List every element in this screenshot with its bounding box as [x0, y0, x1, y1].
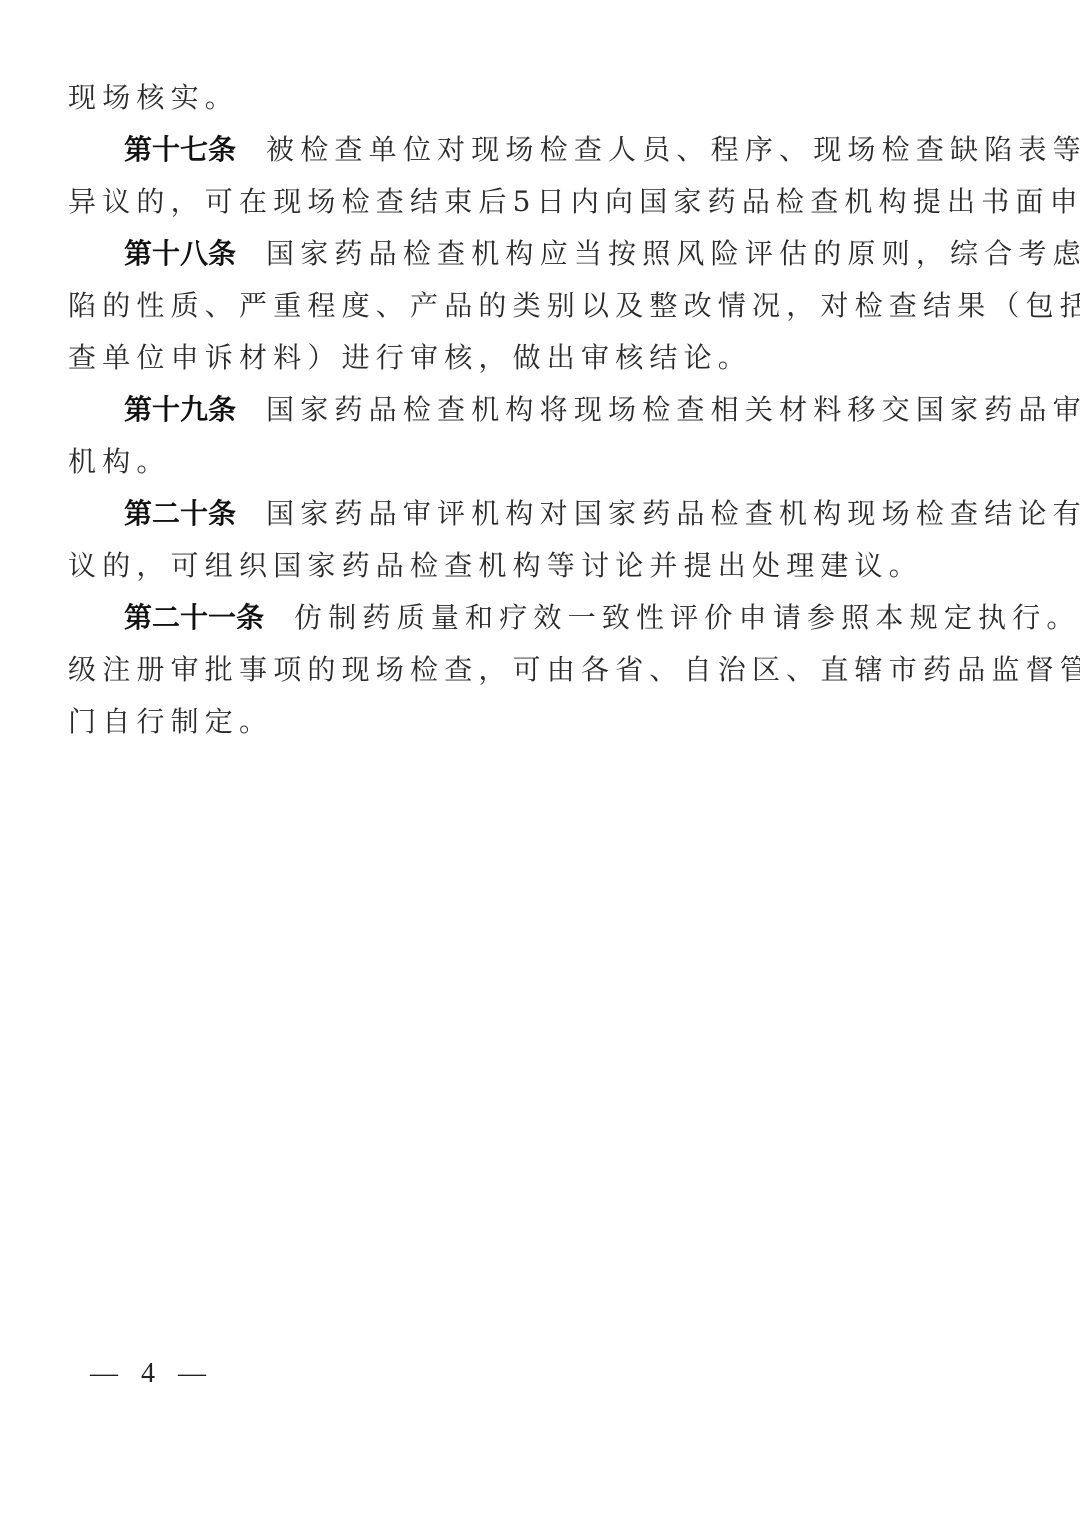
line-text: 议的，可组织国家药品检查机构等讨论并提出处理建议。: [68, 549, 923, 582]
line-text: 门自行制定。: [68, 705, 273, 738]
text-line: 第十九条国家药品检查机构将现场检查相关材料移交国家药品审评: [124, 384, 1080, 436]
text-line: 异议的，可在现场检查结束后5日内向国家药品检查机构提出书面申诉。: [68, 176, 1080, 228]
line-text: 现场核实。: [68, 81, 239, 114]
text-line: 第十七条被检查单位对现场检查人员、程序、现场检查缺陷表等有: [124, 124, 1080, 176]
line-text: 陷的性质、严重程度、产品的类别以及整改情况，对检查结果（包括被检: [68, 289, 1080, 322]
text-line: 机构。: [68, 436, 171, 488]
text-line: 查单位申诉材料）进行审核，做出审核结论。: [68, 332, 752, 384]
line-text: 国家药品检查机构将现场检查相关材料移交国家药品审评: [266, 393, 1080, 426]
line-text: 级注册审批事项的现场检查，可由各省、自治区、直辖市药品监督管理部: [68, 653, 1080, 686]
text-line: 陷的性质、严重程度、产品的类别以及整改情况，对检查结果（包括被检: [68, 280, 1080, 332]
line-text: 被检查单位对现场检查人员、程序、现场检查缺陷表等有: [266, 133, 1080, 166]
line-text: 机构。: [68, 445, 171, 478]
article-heading: 第十八条: [124, 237, 236, 270]
article-heading: 第十九条: [124, 393, 236, 426]
line-text: 查单位申诉材料）进行审核，做出审核结论。: [68, 341, 752, 374]
line-text: 国家药品审评机构对国家药品检查机构现场检查结论有异: [266, 497, 1080, 530]
article-heading: 第十七条: [124, 133, 236, 166]
text-line: 门自行制定。: [68, 696, 273, 748]
text-line: 第十八条国家药品检查机构应当按照风险评估的原则，综合考虑缺: [124, 228, 1080, 280]
article-heading: 第二十一条: [124, 601, 264, 634]
text-line: 第二十条国家药品审评机构对国家药品检查机构现场检查结论有异: [124, 488, 1080, 540]
line-text: 仿制药质量和疗效一致性评价申请参照本规定执行。省: [294, 601, 1080, 634]
text-line: 现场核实。: [68, 72, 239, 124]
text-line: 议的，可组织国家药品检查机构等讨论并提出处理建议。: [68, 540, 923, 592]
text-line: 级注册审批事项的现场检查，可由各省、自治区、直辖市药品监督管理部: [68, 644, 1080, 696]
line-text: 异议的，可在现场检查结束后5日内向国家药品检查机构提出书面申诉。: [68, 185, 1080, 218]
text-line: 第二十一条仿制药质量和疗效一致性评价申请参照本规定执行。省: [124, 592, 1080, 644]
page-number: — 4 —: [90, 1358, 214, 1390]
article-heading: 第二十条: [124, 497, 236, 530]
line-text: 国家药品检查机构应当按照风险评估的原则，综合考虑缺: [266, 237, 1080, 270]
